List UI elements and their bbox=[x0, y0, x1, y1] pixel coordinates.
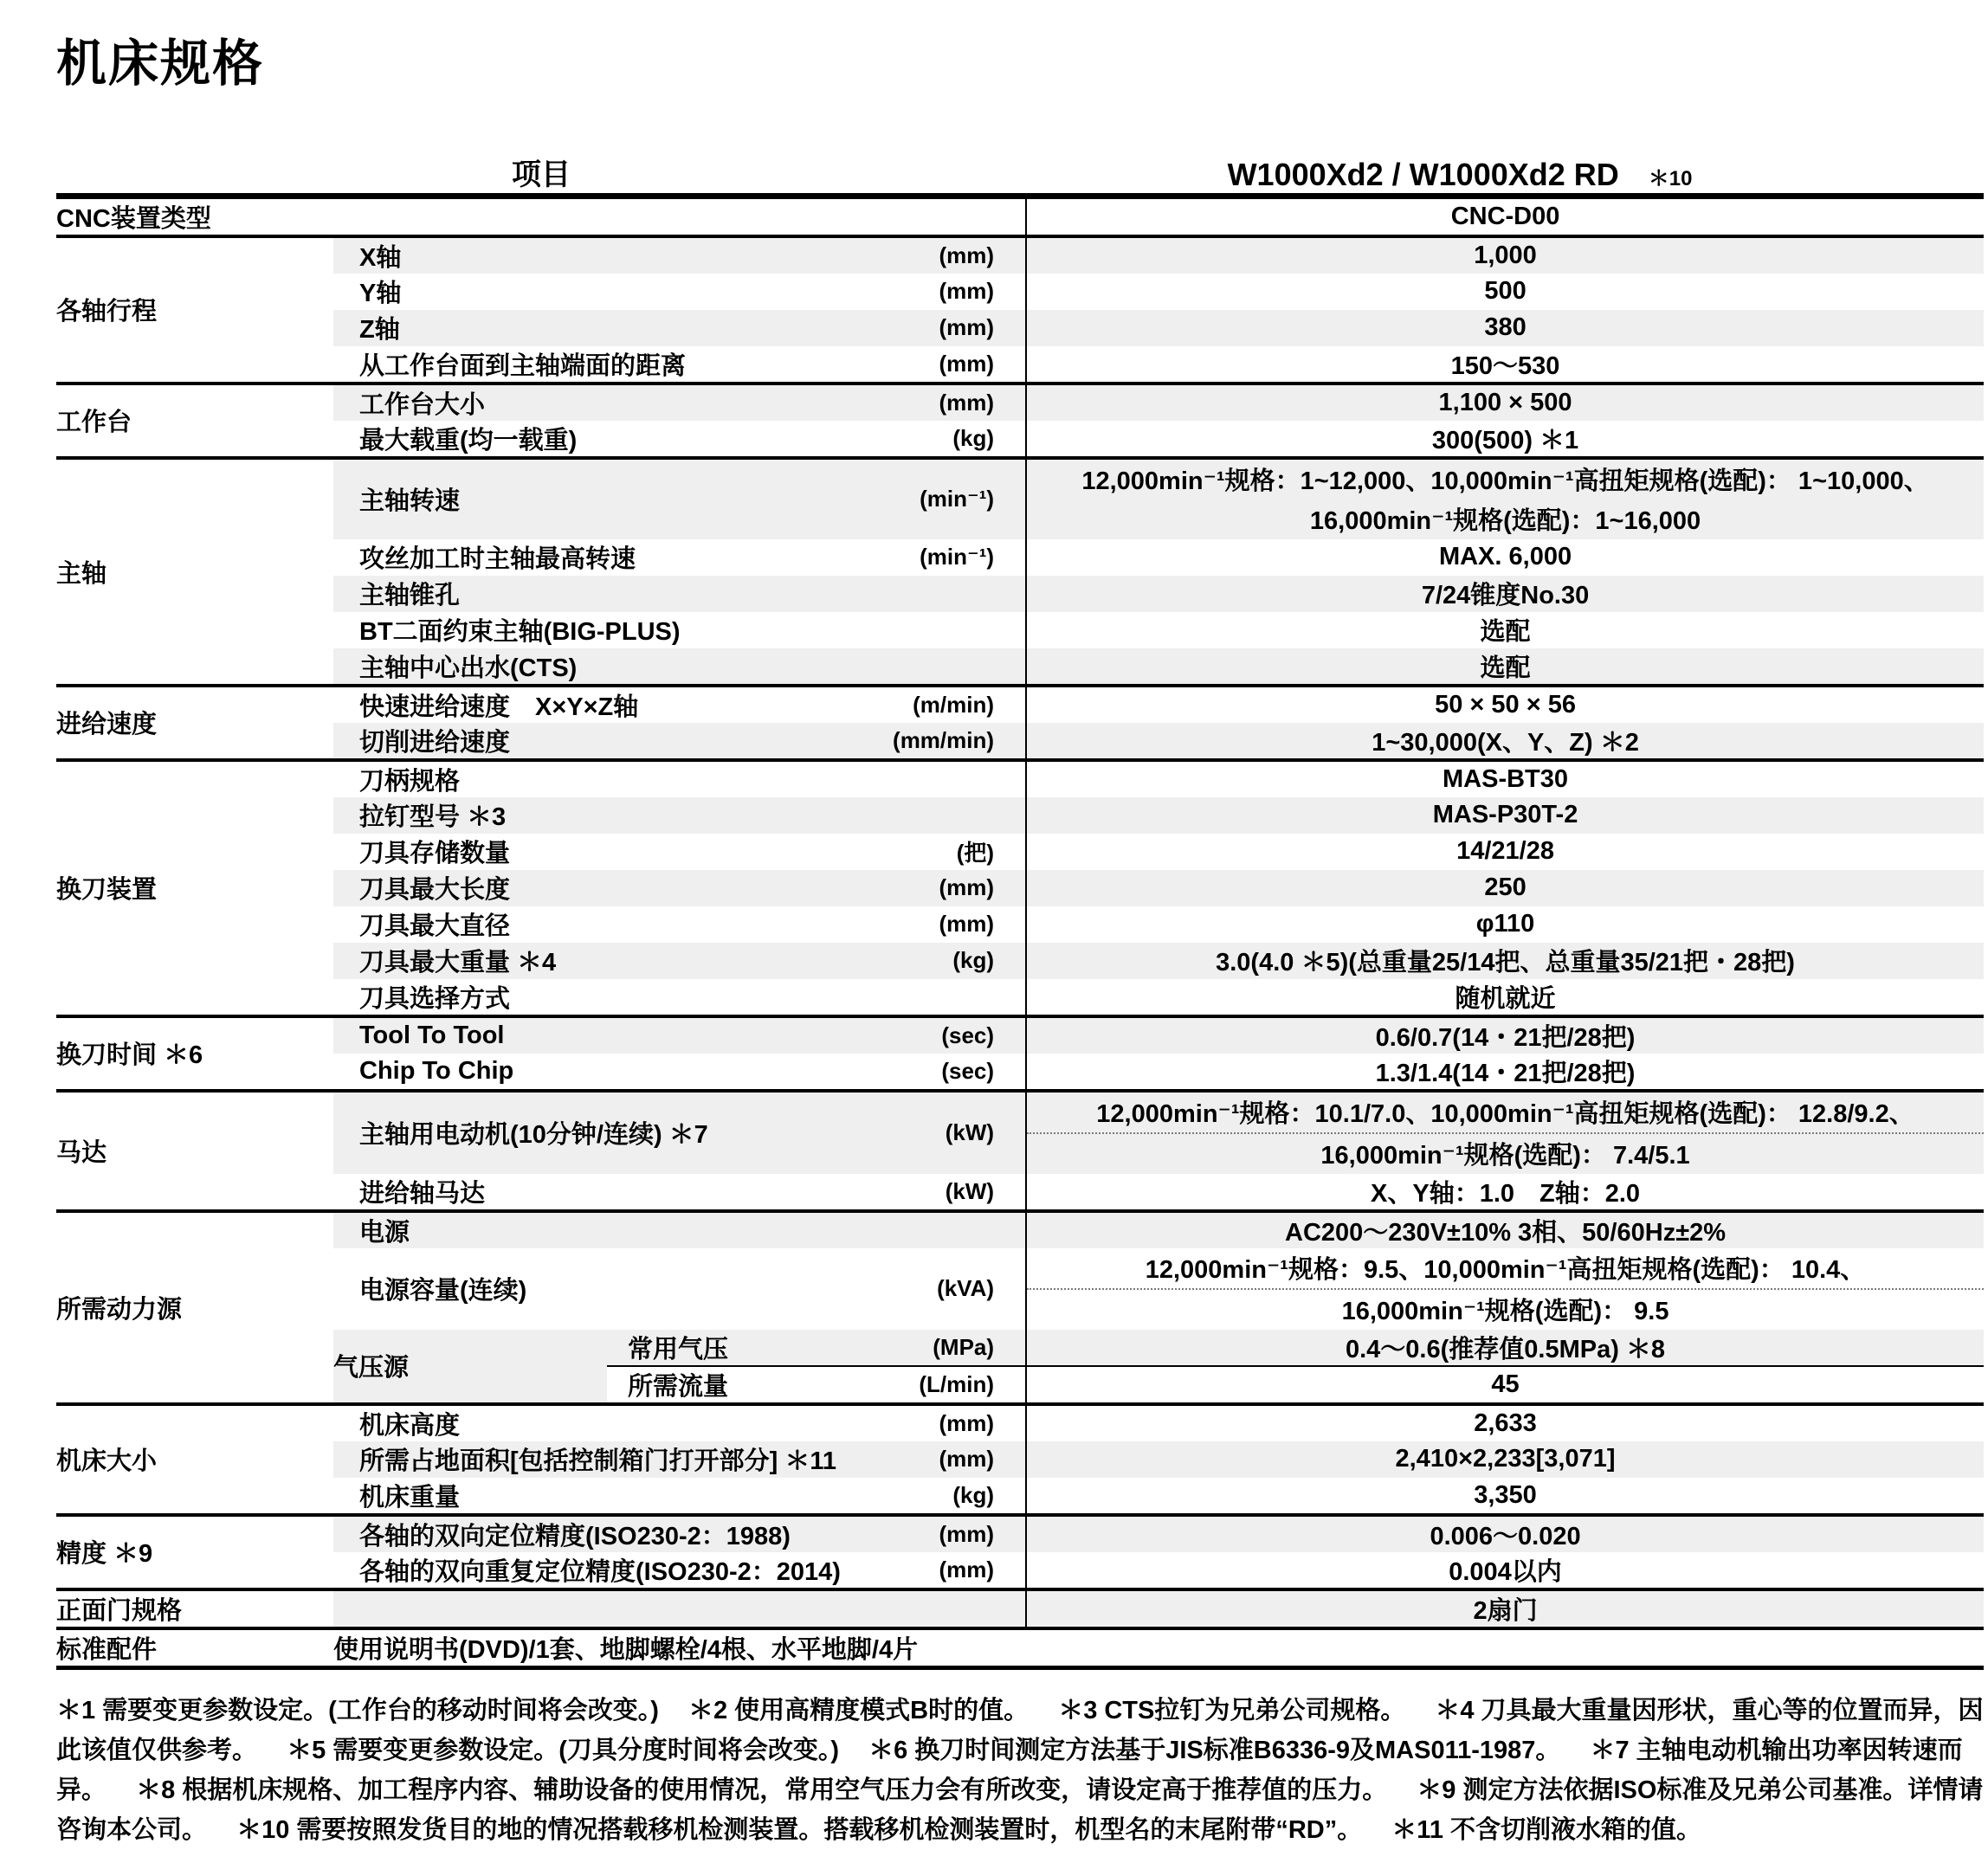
spec-value: 2扇门 bbox=[1026, 1589, 1984, 1628]
spec-item: 各轴的双向重复定位精度(ISO230-2：2014)(mm) bbox=[333, 1552, 1026, 1589]
spec-label: 所需占地面积[包括控制箱门打开部分] ＊11 bbox=[359, 1441, 836, 1477]
spec-item: 所需流量(L/min) bbox=[607, 1366, 1026, 1404]
model-name: W1000Xd2 / W1000Xd2 RD bbox=[1228, 157, 1619, 192]
spec-item: 常用气压(MPa) bbox=[607, 1330, 1026, 1366]
spec-label: 机床重量 bbox=[359, 1478, 460, 1513]
spec-item: 电源容量(连续)(kVA) bbox=[333, 1248, 1026, 1330]
spec-item: 刀具存储数量(把) bbox=[333, 834, 1026, 870]
spec-row-x-axis: 各轴行程 X轴(mm) 1,000 bbox=[56, 236, 1984, 274]
spec-value: 7/24锥度No.30 bbox=[1026, 576, 1984, 612]
spec-item: 所需占地面积[包括控制箱门打开部分] ＊11(mm) bbox=[333, 1441, 1026, 1478]
spec-label: 主轴锥孔 bbox=[359, 576, 460, 611]
spec-unit: (mm) bbox=[939, 911, 994, 938]
spec-row-power-capacity: 电源容量(连续)(kVA) 12,000min⁻¹规格：9.5、10,000mi… bbox=[56, 1248, 1984, 1330]
spec-label: 进给轴马达 bbox=[359, 1174, 485, 1209]
spec-label: 工作台大小 bbox=[359, 385, 485, 421]
spec-item: 攻丝加工时主轴最高转速(min⁻¹) bbox=[333, 539, 1026, 576]
spec-unit: (mm) bbox=[939, 390, 994, 416]
spec-label: 常用气压 bbox=[628, 1330, 728, 1365]
spec-row-chip-to-chip: Chip To Chip(sec) 1.3/1.4(14・21把/28把) bbox=[56, 1054, 1984, 1091]
spec-item: 电源 bbox=[333, 1211, 1026, 1248]
spec-row-tool-shank: 换刀装置 刀柄规格 MAS-BT30 bbox=[56, 760, 1984, 797]
spec-row-tool-length: 刀具最大长度(mm) 250 bbox=[56, 870, 1984, 906]
spec-value: 380 bbox=[1026, 310, 1984, 346]
spec-row-tapping-speed: 攻丝加工时主轴最高转速(min⁻¹) MAX. 6,000 bbox=[56, 539, 1984, 576]
spec-label: 主轴中心出水(CTS) bbox=[359, 648, 577, 684]
spec-unit: (mm) bbox=[939, 351, 994, 377]
spec-row-y-axis: Y轴(mm) 500 bbox=[56, 274, 1984, 310]
group-cell-machine-size: 机床大小 bbox=[56, 1404, 333, 1515]
spec-label: X轴 bbox=[359, 238, 401, 274]
spec-item: 机床高度(mm) bbox=[333, 1404, 1026, 1441]
spec-unit: (mm) bbox=[939, 278, 994, 305]
spec-item bbox=[333, 1589, 1026, 1628]
spec-item: Z轴(mm) bbox=[333, 310, 1026, 346]
spec-item: 刀具最大长度(mm) bbox=[333, 870, 1026, 906]
footnote: ＊1需要变更参数设定。(工作台的移动时间将会改变。) bbox=[56, 1697, 659, 1724]
spec-value: 2,633 bbox=[1026, 1404, 1984, 1441]
spec-label: 主轴用电动机(10分钟/连续) ＊7 bbox=[359, 1115, 708, 1151]
spec-value: 3.0(4.0 ＊5)(总重量25/14把、总重量35/21把・28把) bbox=[1026, 943, 1984, 979]
group-cell-power-source: 所需动力源 bbox=[56, 1211, 333, 1404]
spec-value: 12,000min⁻¹规格：1~12,000、10,000min⁻¹高扭矩规格(… bbox=[1026, 458, 1984, 539]
spec-row-tool-to-tool: 换刀时间 ＊6 Tool To Tool(sec) 0.6/0.7(14・21把… bbox=[56, 1016, 1984, 1054]
spec-unit: (把) bbox=[957, 835, 994, 867]
footnote: ＊11不含切削液水箱的值。 bbox=[1391, 1816, 1701, 1844]
spec-label: Tool To Tool bbox=[359, 1022, 505, 1050]
spec-unit: (m/min) bbox=[913, 692, 994, 719]
spec-value: 选配 bbox=[1026, 612, 1984, 648]
spec-item: 从工作台面到主轴端面的距离(mm) bbox=[333, 346, 1026, 384]
footnote: ＊3CTS拉钉为兄弟公司规格。 bbox=[1058, 1697, 1405, 1724]
page-title: 机床规格 bbox=[56, 23, 1984, 95]
spec-label: 各轴的双向重复定位精度(ISO230-2：2014) bbox=[359, 1552, 841, 1588]
spec-unit: (mm) bbox=[939, 1410, 994, 1437]
spec-label: 最大载重(均一载重) bbox=[359, 421, 577, 456]
spec-row-max-load: 最大载重(均一载重)(kg) 300(500) ＊1 bbox=[56, 421, 1984, 458]
group-cell-air-source: 气压源 bbox=[333, 1330, 607, 1404]
spec-value: 14/21/28 bbox=[1026, 834, 1984, 870]
spec-value: 50 × 50 × 56 bbox=[1026, 686, 1984, 723]
spec-item: 进给轴马达(kW) bbox=[333, 1174, 1026, 1211]
spec-unit: (mm) bbox=[939, 1446, 994, 1473]
spec-item: Chip To Chip(sec) bbox=[333, 1054, 1026, 1091]
spec-label: 刀具最大直径 bbox=[359, 906, 510, 942]
spec-row-repeatability: 各轴的双向重复定位精度(ISO230-2：2014)(mm) 0.004以内 bbox=[56, 1552, 1984, 1589]
spec-label: Z轴 bbox=[359, 310, 400, 345]
spec-item: BT二面约束主轴(BIG-PLUS) bbox=[333, 612, 1026, 648]
spec-item: 机床重量(kg) bbox=[333, 1478, 1026, 1515]
spec-item: 主轴中心出水(CTS) bbox=[333, 648, 1026, 686]
spec-sheet: 机床规格 项目 W1000Xd2 / W1000Xd2 RD＊10 CNC装置类… bbox=[0, 0, 1984, 1850]
column-header-item: 项目 bbox=[56, 95, 1026, 196]
spec-label: 电源容量(连续) bbox=[359, 1271, 526, 1306]
spec-value: X、Y轴：1.0 Z轴：2.0 bbox=[1026, 1174, 1984, 1211]
group-cell-tool-change-time: 换刀时间 ＊6 bbox=[56, 1016, 333, 1091]
spec-value: 3,350 bbox=[1026, 1478, 1984, 1515]
spec-label: 刀具最大长度 bbox=[359, 870, 510, 906]
spec-label: 电源 bbox=[359, 1213, 410, 1248]
spec-unit: (kg) bbox=[952, 425, 994, 452]
spec-item: 切削进给速度(mm/min) bbox=[333, 723, 1026, 760]
spec-value: 0.4～0.6(推荐值0.5MPa) ＊8 bbox=[1026, 1330, 1984, 1366]
spec-unit: (min⁻¹) bbox=[920, 544, 994, 570]
spec-value: 250 bbox=[1026, 870, 1984, 906]
spec-value: 12,000min⁻¹规格：10.1/7.0、10,000min⁻¹高扭矩规格(… bbox=[1026, 1091, 1984, 1174]
spec-unit: (kg) bbox=[952, 1482, 994, 1509]
spec-item: 刀柄规格 bbox=[333, 760, 1026, 797]
footnote: ＊8根据机床规格、加工程序内容、辅助设备的使用情况，常用空气压力会有所改变，请设… bbox=[136, 1776, 1387, 1804]
footnote: ＊5需要变更参数设定。(刀具分度时间将会改变。) bbox=[287, 1737, 839, 1764]
spec-value: φ110 bbox=[1026, 906, 1984, 943]
spec-value: 0.004以内 bbox=[1026, 1552, 1984, 1589]
group-cell-accuracy: 精度 ＊9 bbox=[56, 1515, 333, 1589]
spec-unit: (kg) bbox=[952, 947, 994, 974]
spec-value: 使用说明书(DVD)/1套、地脚螺栓/4根、水平地脚/4片 bbox=[333, 1628, 1984, 1668]
spec-label: 刀柄规格 bbox=[359, 762, 460, 797]
spec-value: 500 bbox=[1026, 274, 1984, 310]
spec-item: Tool To Tool(sec) bbox=[333, 1016, 1026, 1054]
spec-label: 刀具最大重量 ＊4 bbox=[359, 943, 556, 978]
spec-unit: (MPa) bbox=[933, 1334, 994, 1361]
spec-item: 工作台大小(mm) bbox=[333, 384, 1026, 421]
spec-value: 随机就近 bbox=[1026, 979, 1984, 1016]
spec-unit: (kW) bbox=[946, 1119, 994, 1146]
spec-table: 项目 W1000Xd2 / W1000Xd2 RD＊10 CNC装置类型 CNC… bbox=[56, 95, 1984, 1670]
spec-label: CNC装置类型 bbox=[56, 196, 1026, 236]
spec-unit: (min⁻¹) bbox=[920, 486, 994, 512]
footnotes: ＊1需要变更参数设定。(工作台的移动时间将会改变。) ＊2使用高精度模式B时的值… bbox=[56, 1691, 1984, 1850]
spec-item: 主轴转速(min⁻¹) bbox=[333, 458, 1026, 539]
spec-label: Y轴 bbox=[359, 274, 401, 309]
group-cell-accessories: 标准配件 bbox=[56, 1628, 333, 1668]
column-header-model: W1000Xd2 / W1000Xd2 RD＊10 bbox=[1026, 95, 1984, 196]
spec-unit: (L/min) bbox=[919, 1371, 994, 1398]
footnote: ＊2使用高精度模式B时的值。 bbox=[688, 1697, 1029, 1724]
spec-row-machine-height: 机床大小 机床高度(mm) 2,633 bbox=[56, 1404, 1984, 1441]
spec-row-accessories: 标准配件 使用说明书(DVD)/1套、地脚螺栓/4根、水平地脚/4片 bbox=[56, 1628, 1984, 1668]
spec-unit: (sec) bbox=[941, 1058, 994, 1085]
spec-value: MAX. 6,000 bbox=[1026, 539, 1984, 576]
spec-item: 刀具最大直径(mm) bbox=[333, 906, 1026, 943]
table-header-row: 项目 W1000Xd2 / W1000Xd2 RD＊10 bbox=[56, 95, 1984, 196]
spec-label: 切削进给速度 bbox=[359, 723, 510, 758]
spec-unit: (mm) bbox=[939, 242, 994, 269]
spec-unit: (mm) bbox=[939, 314, 994, 341]
spec-label: 主轴转速 bbox=[359, 481, 460, 517]
spec-value: AC200～230V±10% 3相、50/60Hz±2% bbox=[1026, 1211, 1984, 1248]
spec-row-spindle-taper: 主轴锥孔 7/24锥度No.30 bbox=[56, 576, 1984, 612]
spec-row-cts: 主轴中心出水(CTS) 选配 bbox=[56, 648, 1984, 686]
spec-value: 300(500) ＊1 bbox=[1026, 421, 1984, 458]
spec-row-pull-stud: 拉钉型号 ＊3 MAS-P30T-2 bbox=[56, 797, 1984, 834]
spec-item: 刀具最大重量 ＊4(kg) bbox=[333, 943, 1026, 979]
spec-row-table-to-spindle: 从工作台面到主轴端面的距离(mm) 150～530 bbox=[56, 346, 1984, 384]
spec-label: 从工作台面到主轴端面的距离 bbox=[359, 346, 686, 382]
spec-value: MAS-BT30 bbox=[1026, 760, 1984, 797]
spec-item: 最大载重(均一载重)(kg) bbox=[333, 421, 1026, 458]
spec-label: 刀具存储数量 bbox=[359, 834, 510, 869]
model-footnote-marker: ＊10 bbox=[1649, 167, 1693, 190]
spec-value: 1,000 bbox=[1026, 236, 1984, 274]
spec-label: 刀具选择方式 bbox=[359, 979, 510, 1015]
spec-unit: (kVA) bbox=[937, 1275, 994, 1302]
spec-item: 刀具选择方式 bbox=[333, 979, 1026, 1016]
footnote: ＊6换刀时间测定方法基于JIS标准B6336-9及MAS011-1987。 bbox=[868, 1737, 1560, 1764]
group-cell-front-door: 正面门规格 bbox=[56, 1589, 333, 1628]
spec-label: 各轴的双向定位精度(ISO230-2：1988) bbox=[359, 1517, 791, 1552]
spec-row-table-size: 工作台 工作台大小(mm) 1,100 × 500 bbox=[56, 384, 1984, 421]
spec-row-power-supply: 所需动力源 电源 AC200～230V±10% 3相、50/60Hz±2% bbox=[56, 1211, 1984, 1248]
spec-row-spindle-speed: 主轴 主轴转速(min⁻¹) 12,000min⁻¹规格：1~12,000、10… bbox=[56, 458, 1984, 539]
spec-value: 45 bbox=[1026, 1366, 1984, 1404]
spec-label: 所需流量 bbox=[628, 1367, 728, 1402]
spec-row-floor-space: 所需占地面积[包括控制箱门打开部分] ＊11(mm) 2,410×2,233[3… bbox=[56, 1441, 1984, 1478]
spec-row-cutting-feed: 切削进给速度(mm/min) 1~30,000(X、Y、Z) ＊2 bbox=[56, 723, 1984, 760]
group-cell-spindle: 主轴 bbox=[56, 458, 333, 686]
spec-label: BT二面约束主轴(BIG-PLUS) bbox=[359, 612, 681, 648]
spec-row-rapid-feed: 进给速度 快速进给速度 X×Y×Z轴(m/min) 50 × 50 × 56 bbox=[56, 686, 1984, 723]
spec-item: Y轴(mm) bbox=[333, 274, 1026, 310]
spec-row-tool-diameter: 刀具最大直径(mm) φ110 bbox=[56, 906, 1984, 943]
group-cell-motor: 马达 bbox=[56, 1091, 333, 1211]
spec-value: MAS-P30T-2 bbox=[1026, 797, 1984, 834]
group-cell-axis-travel: 各轴行程 bbox=[56, 236, 333, 384]
spec-row-feed-motor: 进给轴马达(kW) X、Y轴：1.0 Z轴：2.0 bbox=[56, 1174, 1984, 1211]
spec-row-z-axis: Z轴(mm) 380 bbox=[56, 310, 1984, 346]
spec-row-air-pressure: 气压源 常用气压(MPa) 0.4～0.6(推荐值0.5MPa) ＊8 bbox=[56, 1330, 1984, 1366]
spec-label: 机床高度 bbox=[359, 1406, 460, 1441]
spec-item: 主轴锥孔 bbox=[333, 576, 1026, 612]
spec-value: 1.3/1.4(14・21把/28把) bbox=[1026, 1054, 1984, 1091]
spec-unit: (mm) bbox=[939, 1521, 994, 1548]
spec-row-tool-weight: 刀具最大重量 ＊4(kg) 3.0(4.0 ＊5)(总重量25/14把、总重量3… bbox=[56, 943, 1984, 979]
spec-item: 快速进给速度 X×Y×Z轴(m/min) bbox=[333, 686, 1026, 723]
spec-unit: (mm) bbox=[939, 1557, 994, 1583]
spec-item: X轴(mm) bbox=[333, 236, 1026, 274]
spec-value: 12,000min⁻¹规格：9.5、10,000min⁻¹高扭矩规格(选配)： … bbox=[1026, 1248, 1984, 1330]
spec-value: 0.006～0.020 bbox=[1026, 1515, 1984, 1552]
spec-row-spindle-motor: 马达 主轴用电动机(10分钟/连续) ＊7(kW) 12,000min⁻¹规格：… bbox=[56, 1091, 1984, 1174]
spec-label: 攻丝加工时主轴最高转速 bbox=[359, 539, 636, 575]
spec-row-front-door: 正面门规格 2扇门 bbox=[56, 1589, 1984, 1628]
spec-unit: (mm/min) bbox=[893, 727, 994, 754]
spec-item: 拉钉型号 ＊3 bbox=[333, 797, 1026, 834]
group-cell-tool-changer: 换刀装置 bbox=[56, 760, 333, 1016]
spec-row-tool-capacity: 刀具存储数量(把) 14/21/28 bbox=[56, 834, 1984, 870]
spec-item: 各轴的双向定位精度(ISO230-2：1988)(mm) bbox=[333, 1515, 1026, 1552]
spec-label: 拉钉型号 ＊3 bbox=[359, 797, 506, 833]
spec-label: Chip To Chip bbox=[359, 1057, 513, 1086]
footnote: ＊10需要按照发货目的地的情况搭载移机检测装置。搭载移机检测装置时，机型名的末尾… bbox=[236, 1816, 1362, 1844]
spec-value: 0.6/0.7(14・21把/28把) bbox=[1026, 1016, 1984, 1054]
spec-value: CNC-D00 bbox=[1026, 196, 1984, 236]
spec-value: 150～530 bbox=[1026, 346, 1984, 384]
spec-value: 选配 bbox=[1026, 648, 1984, 686]
spec-row-big-plus: BT二面约束主轴(BIG-PLUS) 选配 bbox=[56, 612, 1984, 648]
spec-value: 1,100 × 500 bbox=[1026, 384, 1984, 421]
spec-unit: (mm) bbox=[939, 874, 994, 901]
spec-item: 主轴用电动机(10分钟/连续) ＊7(kW) bbox=[333, 1091, 1026, 1174]
spec-label: 快速进给速度 X×Y×Z轴 bbox=[359, 687, 638, 723]
group-cell-work-table: 工作台 bbox=[56, 384, 333, 458]
spec-row-positioning-accuracy: 精度 ＊9 各轴的双向定位精度(ISO230-2：1988)(mm) 0.006… bbox=[56, 1515, 1984, 1552]
spec-row-tool-selection: 刀具选择方式 随机就近 bbox=[56, 979, 1984, 1016]
spec-value: 2,410×2,233[3,071] bbox=[1026, 1441, 1984, 1478]
spec-unit: (sec) bbox=[941, 1022, 994, 1049]
spec-row-machine-weight: 机床重量(kg) 3,350 bbox=[56, 1478, 1984, 1515]
spec-unit: (kW) bbox=[946, 1178, 994, 1205]
spec-row-cnc-type: CNC装置类型 CNC-D00 bbox=[56, 196, 1984, 236]
spec-value: 1~30,000(X、Y、Z) ＊2 bbox=[1026, 723, 1984, 760]
group-cell-feed-rate: 进给速度 bbox=[56, 686, 333, 760]
